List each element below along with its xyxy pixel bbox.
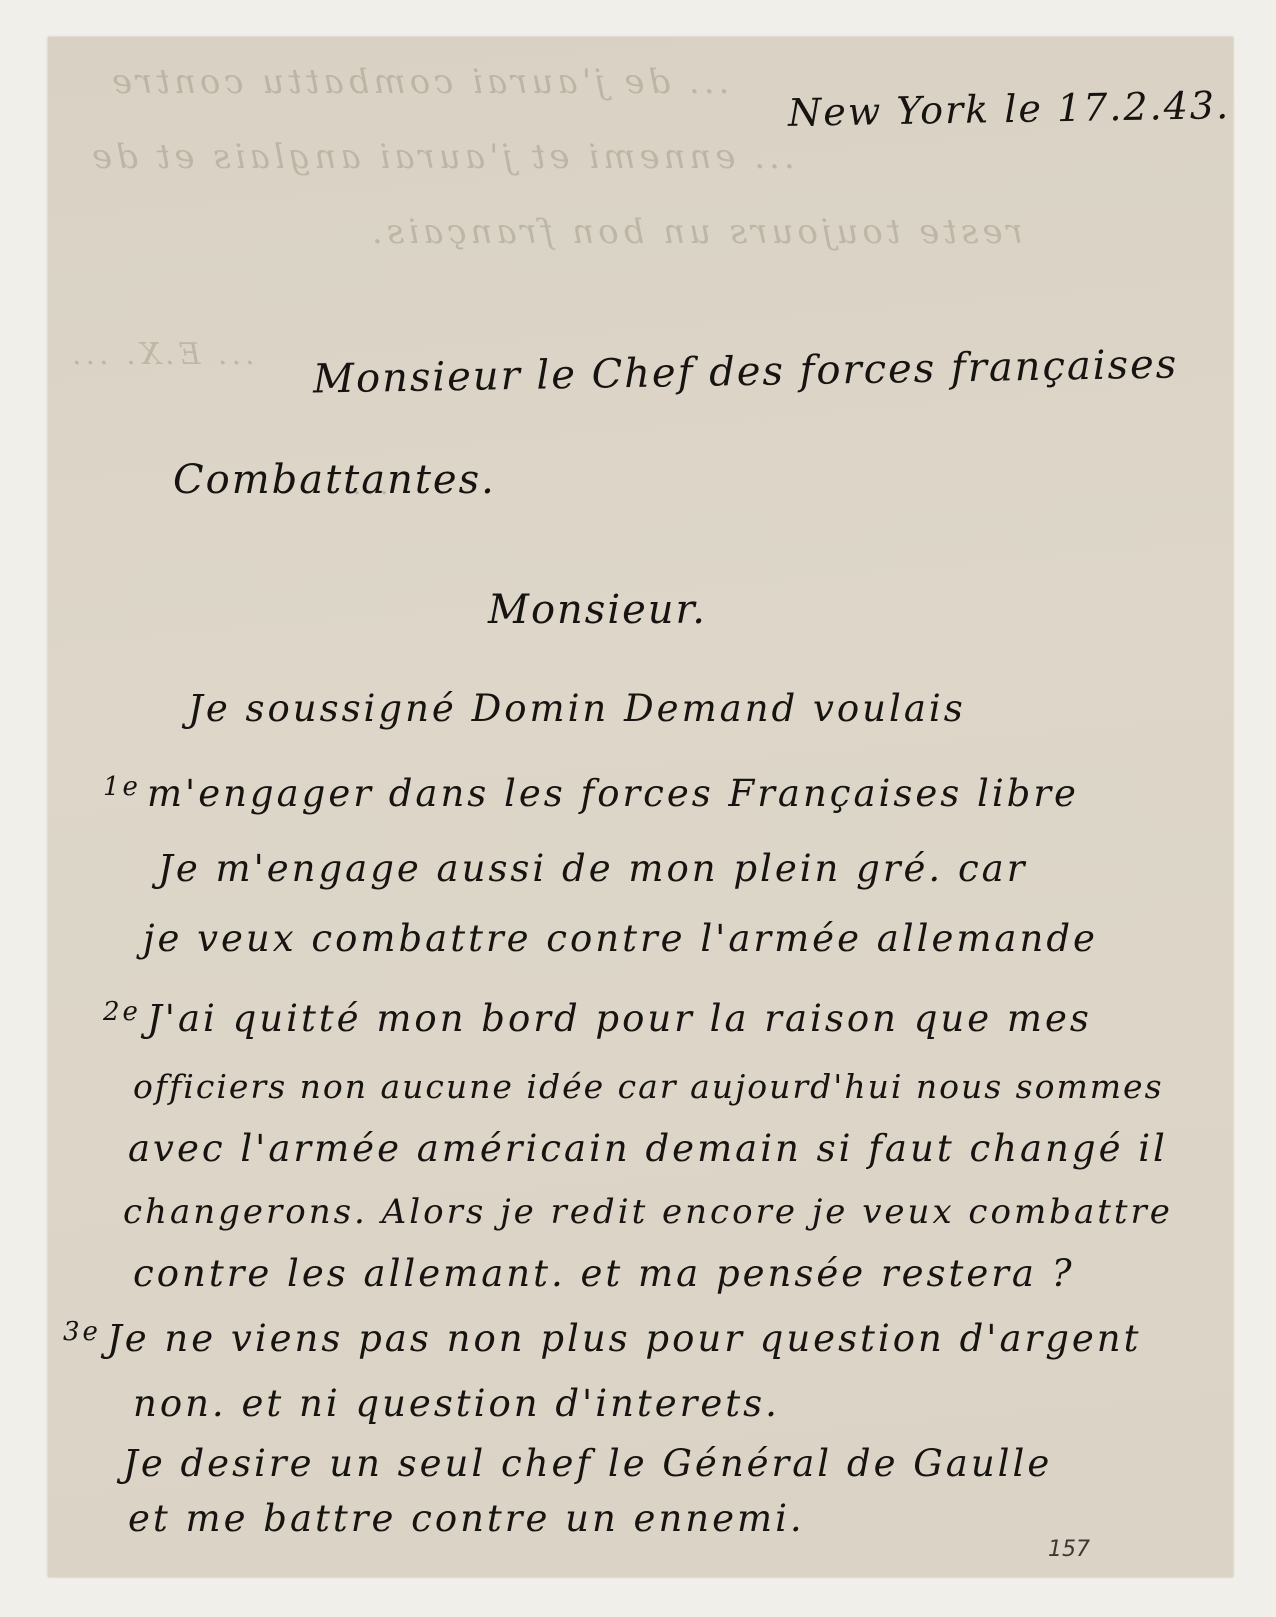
bleed-through-line: ... E.X. ... bbox=[68, 337, 255, 372]
body-line: avec l'armée américain demain si faut ch… bbox=[128, 1127, 1168, 1170]
body-line-text: Je ne viens pas non plus pour question d… bbox=[107, 1317, 1142, 1360]
body-line: 3eJe ne viens pas non plus pour question… bbox=[63, 1317, 1142, 1360]
body-line-text: et me battre contre un ennemi. bbox=[128, 1497, 805, 1540]
body-line-text: non. et ni question d'interets. bbox=[133, 1382, 780, 1425]
bleed-through-line: reste toujours un bon français. bbox=[368, 212, 1023, 252]
bleed-through-line: ... de j'aurai combattu contre bbox=[108, 62, 729, 102]
salutation-line-2: Combattantes. bbox=[173, 457, 496, 503]
body-line: 2eJ'ai quitté mon bord pour la raison qu… bbox=[103, 997, 1092, 1040]
body-line: et me battre contre un ennemi. bbox=[128, 1497, 805, 1540]
letter-page: ... de j'aurai combattu contre ... ennem… bbox=[48, 37, 1233, 1577]
dateline: New York le 17.2.43. bbox=[788, 83, 1231, 135]
body-line: changerons. Alors je redit encore je veu… bbox=[123, 1192, 1173, 1232]
item-number: 3e bbox=[63, 1317, 101, 1347]
body-line: Je desire un seul chef le Général de Gau… bbox=[123, 1442, 1052, 1485]
salutation-line-1: Monsieur le Chef des forces françaises bbox=[313, 341, 1179, 402]
body-line-text: J'ai quitté mon bord pour la raison que … bbox=[147, 997, 1092, 1040]
body-line: officiers non aucune idée car aujourd'hu… bbox=[133, 1067, 1164, 1106]
body-line-text: m'engager dans les forces Françaises lib… bbox=[147, 772, 1079, 815]
item-number: 1e bbox=[103, 772, 141, 802]
greeting: Monsieur. bbox=[488, 587, 707, 633]
body-line-text: changerons. Alors je redit encore je veu… bbox=[123, 1192, 1173, 1232]
body-line: je veux combattre contre l'armée alleman… bbox=[143, 917, 1098, 960]
body-line-text: Je soussigné Domin Demand voulais bbox=[188, 687, 966, 730]
body-line: non. et ni question d'interets. bbox=[133, 1382, 780, 1425]
body-line-text: contre les allemant. et ma pensée rester… bbox=[133, 1252, 1075, 1295]
body-line-text: avec l'armée américain demain si faut ch… bbox=[128, 1127, 1168, 1170]
body-line: Je soussigné Domin Demand voulais bbox=[188, 687, 966, 730]
body-line-text: Je m'engage aussi de mon plein gré. car bbox=[158, 847, 1027, 890]
item-number: 2e bbox=[103, 997, 141, 1027]
bleed-through-line: ... ennemi et j'aurai anglais et de bbox=[88, 137, 795, 177]
body-line: contre les allemant. et ma pensée rester… bbox=[133, 1252, 1075, 1295]
body-line: Je m'engage aussi de mon plein gré. car bbox=[158, 847, 1027, 890]
body-line-text: je veux combattre contre l'armée alleman… bbox=[143, 917, 1098, 960]
body-line-text: officiers non aucune idée car aujourd'hu… bbox=[133, 1067, 1164, 1106]
archive-page-number: 157 bbox=[1048, 1537, 1090, 1562]
body-line-text: Je desire un seul chef le Général de Gau… bbox=[123, 1442, 1052, 1485]
body-line: 1em'engager dans les forces Françaises l… bbox=[103, 772, 1079, 815]
